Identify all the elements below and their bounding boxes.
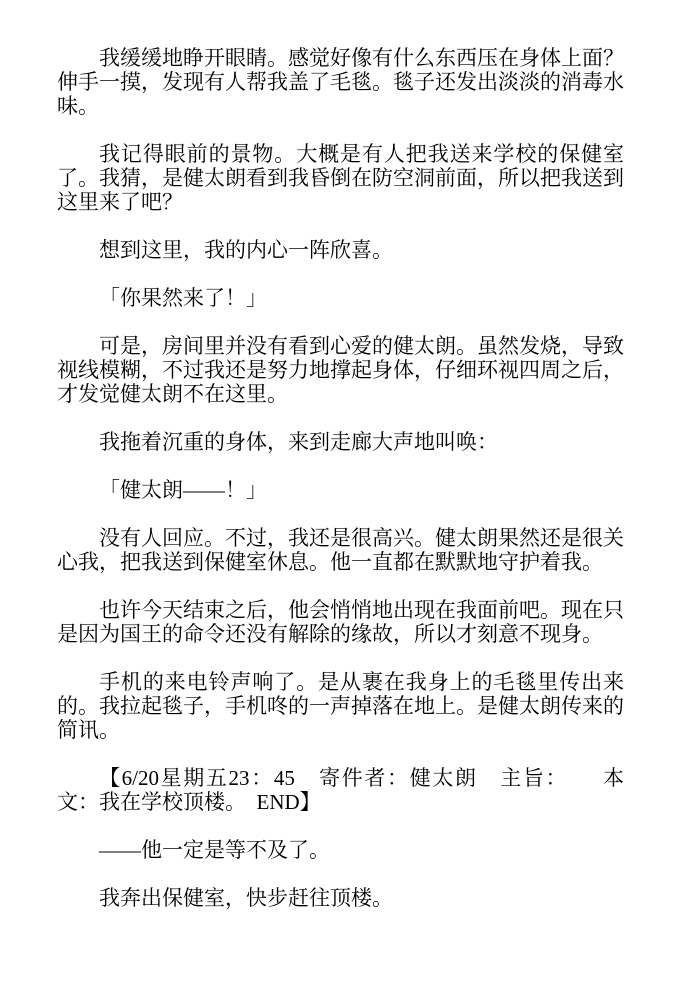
- paragraph-8: 没有人回应。不过，我还是很高兴。健太朗果然还是很关心我，把我送到保健室休息。他一…: [57, 526, 624, 574]
- paragraph-5: 可是，房间里并没有看到心爱的健太朗。虽然发烧，导致视线模糊，不过我还是努力地撑起…: [57, 334, 624, 406]
- paragraph-4-dialogue: 「你果然来了！」: [57, 286, 624, 310]
- paragraph-3: 想到这里，我的内心一阵欣喜。: [57, 238, 624, 262]
- paragraph-1: 我缓缓地睁开眼睛。感觉好像有什么东西压在身体上面？伸手一摸，发现有人帮我盖了毛毯…: [57, 46, 624, 118]
- paragraph-9: 也许今天结束之后，他会悄悄地出现在我面前吧。现在只是因为国王的命令还没有解除的缘…: [57, 598, 624, 646]
- paragraph-2: 我记得眼前的景物。大概是有人把我送来学校的保健室了。我猜，是健太朗看到我昏倒在防…: [57, 142, 624, 214]
- paragraph-12: ——他一定是等不及了。: [57, 838, 624, 862]
- document-page: 我缓缓地睁开眼睛。感觉好像有什么东西压在身体上面？伸手一摸，发现有人帮我盖了毛毯…: [0, 0, 700, 992]
- paragraph-10: 手机的来电铃声响了。是从裹在我身上的毛毯里传出来的。我拉起毯子，手机咚的一声掉落…: [57, 670, 624, 742]
- paragraph-6: 我拖着沉重的身体，来到走廊大声地叫唤：: [57, 430, 624, 454]
- paragraph-11-sms-message: 【6/20星期五23：45 寄件者：健太朗 主旨： 本文：我在学校顶楼。 END…: [57, 766, 624, 814]
- paragraph-7-dialogue: 「健太朗——！」: [57, 478, 624, 502]
- paragraph-13: 我奔出保健室，快步赶往顶楼。: [57, 886, 624, 910]
